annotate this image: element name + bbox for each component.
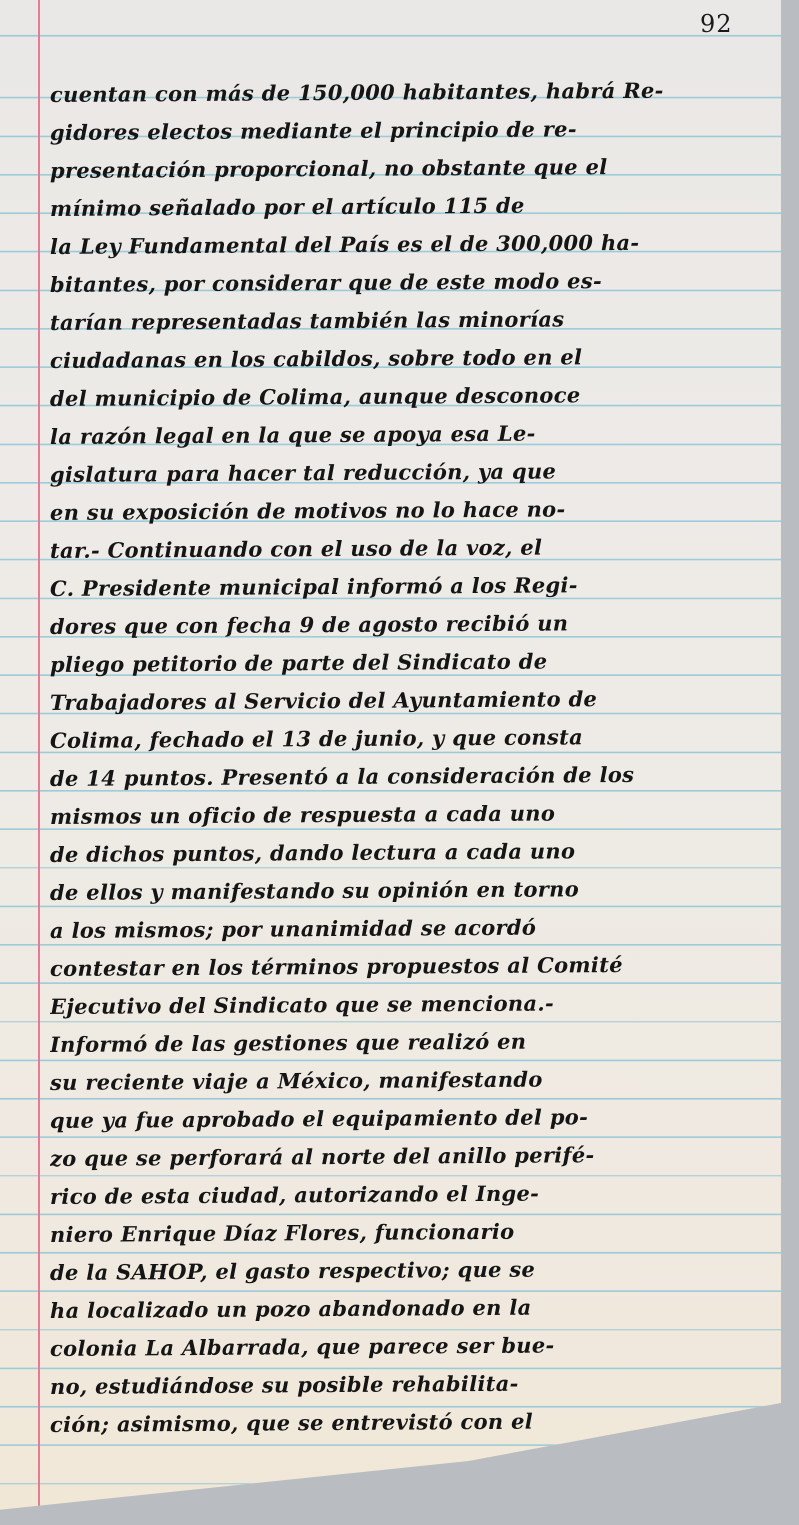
text-line: gidores electos mediante el principio de… [50,109,780,152]
text-line: gislatura para hacer tal reducción, ya q… [50,451,780,494]
text-line: Ejecutivo del Sindicato que se menciona.… [50,983,780,1026]
text-line: ciudadanas en los cabildos, sobre todo e… [50,337,780,380]
text-line: C. Presidente municipal informó a los Re… [50,565,780,608]
text-line: a los mismos; por unanimidad se acordó [50,907,780,950]
text-line: colonia La Albarrada, que parece ser bue… [50,1325,780,1368]
text-line: mínimo señalado por el artículo 115 de [50,185,780,228]
text-line: niero Enrique Díaz Flores, funcionario [50,1211,780,1254]
text-line: bitantes, por considerar que de este mod… [50,261,780,304]
text-line: de ellos y manifestando su opinión en to… [50,869,780,912]
text-line: pliego petitorio de parte del Sindicato … [50,641,780,684]
text-line: tarían representadas también las minoría… [50,299,780,342]
text-line: que ya fue aprobado el equipamiento del … [50,1097,780,1140]
ledger-page: 92 cuentan con más de 150,000 habitantes… [0,0,781,1525]
text-line: Colima, fechado el 13 de junio, y que co… [50,717,780,760]
text-line: la razón legal en la que se apoya esa Le… [50,413,780,456]
text-line: Informó de las gestiones que realizó en [50,1021,780,1064]
text-line: su reciente viaje a México, manifestando [50,1059,780,1102]
text-line: ción; asimismo, que se entrevistó con el [50,1401,780,1444]
text-line: en su exposición de motivos no lo hace n… [50,489,780,532]
text-line: mismos un oficio de respuesta a cada uno [50,793,780,836]
text-line: ha localizado un pozo abandonado en la [50,1287,780,1330]
text-line: zo que se perforará al norte del anillo … [50,1135,780,1178]
text-line: del municipio de Colima, aunque desconoc… [50,375,780,418]
text-line: presentación proporcional, no obstante q… [50,147,780,190]
text-line: dores que con fecha 9 de agosto recibió … [50,603,780,646]
text-line: de dichos puntos, dando lectura a cada u… [50,831,780,874]
text-line: tar.- Continuando con el uso de la voz, … [50,527,780,570]
page-number: 92 [700,10,733,38]
text-line: contestar en los términos propuestos al … [50,945,780,988]
text-line: rico de esta ciudad, autorizando el Inge… [50,1173,780,1216]
text-line: de la SAHOP, el gasto respectivo; que se [50,1249,780,1292]
margin-line [38,0,40,1525]
text-line: de 14 puntos. Presentó a la consideració… [50,755,780,798]
text-line: cuentan con más de 150,000 habitantes, h… [50,71,780,114]
text-line: no, estudiándose su posible rehabilita- [50,1363,780,1406]
text-line: la Ley Fundamental del País es el de 300… [50,223,780,266]
text-line: Trabajadores al Servicio del Ayuntamient… [50,679,780,722]
handwritten-text: cuentan con más de 150,000 habitantes, h… [50,76,780,1444]
